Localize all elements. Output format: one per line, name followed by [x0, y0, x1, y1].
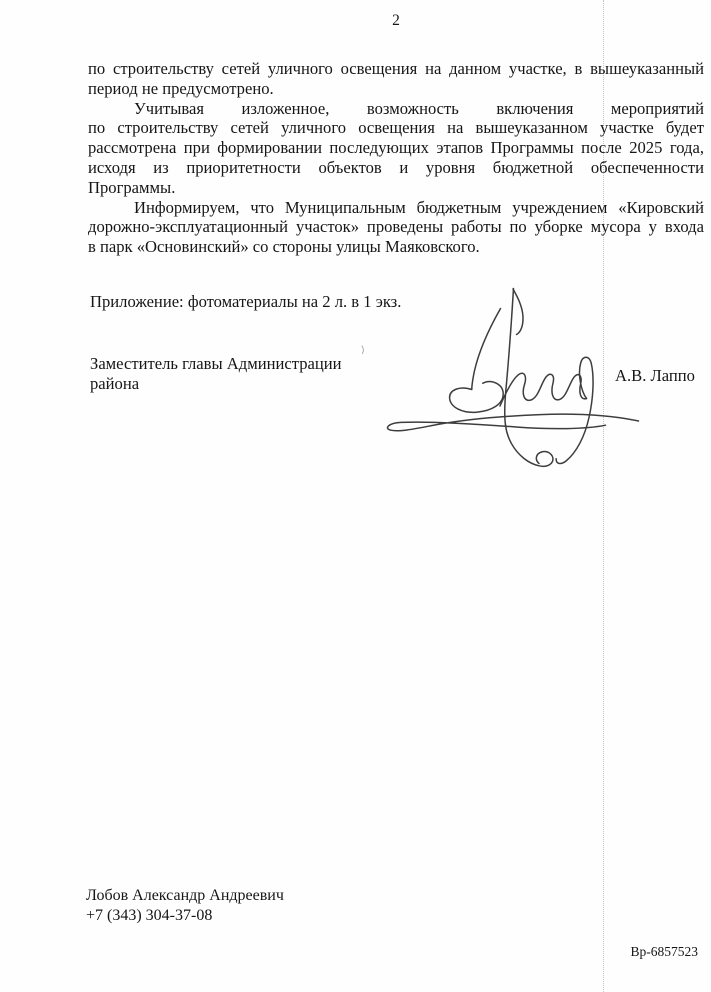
document-page: 2 по строительству сетей уличного освеще… [0, 0, 711, 992]
body-line: дорожно-эксплуатационный участок» провед… [88, 217, 704, 237]
handwritten-signature [355, 272, 650, 477]
body-line: исходя из приоритетности объектов и уров… [88, 158, 704, 178]
document-code: Вр-6857523 [631, 944, 699, 960]
body-text: по строительству сетей уличного освещени… [88, 59, 704, 257]
body-line: рассмотрена при формировании последующих… [88, 138, 704, 158]
contact-phone: +7 (343) 304-37-08 [86, 906, 284, 926]
page-number: 2 [88, 12, 704, 30]
signer-name: А.В. Лаппо [615, 366, 695, 386]
body-line: период не предусмотрено. [88, 79, 704, 99]
body-line: Информируем, что Муниципальным бюджетным… [88, 198, 704, 218]
contact-block: Лобов Александр Андреевич +7 (343) 304-3… [86, 886, 284, 925]
body-line: по строительству сетей уличного освещени… [88, 59, 704, 79]
body-line: Программы. [88, 178, 704, 198]
contact-name: Лобов Александр Андреевич [86, 886, 284, 906]
body-line: по строительству сетей уличного освещени… [88, 118, 704, 138]
scan-speck [362, 346, 363, 354]
body-line: в парк «Основинский» со стороны улицы Ма… [88, 237, 704, 257]
body-line: Учитывая изложенное, возможность включен… [88, 99, 704, 119]
